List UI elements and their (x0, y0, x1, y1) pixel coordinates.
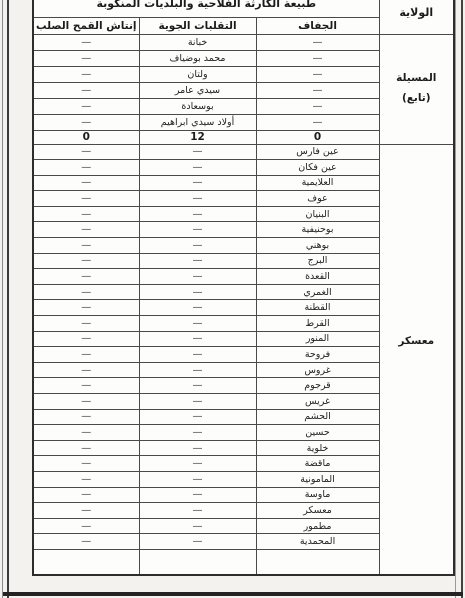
dash-cell: — (33, 362, 139, 378)
empty-cell (33, 549, 139, 575)
total-cell: 12 (139, 130, 256, 144)
wilaya-name: المسيلة (382, 69, 452, 89)
commune-name-cell: خبانة (139, 34, 256, 50)
dash-cell: — (33, 503, 139, 519)
commune-name-cell: المحمدية (256, 534, 379, 550)
commune-name-cell: عوف (256, 191, 379, 207)
total-cell: 0 (33, 130, 139, 144)
table-title: طبيعة الكارثة الفلاحية والبلديات المنكوب… (33, 0, 379, 17)
dash-cell: — (33, 269, 139, 285)
commune-name-cell: خلوية (256, 440, 379, 456)
empty-cell (139, 549, 256, 575)
commune-name-cell: القعدة (256, 269, 379, 285)
dash-cell: — (33, 471, 139, 487)
dash-cell: — (139, 222, 256, 238)
commune-name-cell: ولتان (139, 66, 256, 82)
commune-name-cell: الحشم (256, 409, 379, 425)
table-row: المسيلة(تابع)—خبانة— (33, 34, 454, 50)
disaster-communes-table: الولاية طبيعة الكارثة الفلاحية والبلديات… (32, 0, 455, 576)
commune-name-cell: البرج (256, 253, 379, 269)
commune-name-cell: القطنة (256, 300, 379, 316)
dash-cell: — (139, 471, 256, 487)
dash-cell: — (139, 144, 256, 160)
dash-cell: — (139, 300, 256, 316)
commune-name-cell: قرجوم (256, 378, 379, 394)
dash-cell: — (139, 394, 256, 410)
commune-name-cell: مطمور (256, 518, 379, 534)
col-header-weather-fluctuations: التقلبات الجوية (139, 17, 256, 34)
dash-cell: — (33, 518, 139, 534)
dash-cell: — (33, 238, 139, 254)
dash-cell: — (139, 191, 256, 207)
dash-cell: — (33, 66, 139, 82)
dash-cell: — (256, 50, 379, 66)
commune-name-cell: بوسعادة (139, 98, 256, 114)
dash-cell: — (33, 316, 139, 332)
dash-cell: — (139, 425, 256, 441)
table-row: معسكرعين فارس—— (33, 144, 454, 160)
dash-cell: — (139, 238, 256, 254)
dash-cell: — (33, 331, 139, 347)
dash-cell: — (33, 425, 139, 441)
dash-cell: — (256, 114, 379, 130)
commune-name-cell: ماقضة (256, 456, 379, 472)
dash-cell: — (33, 378, 139, 394)
commune-name-cell: القرط (256, 316, 379, 332)
dash-cell: — (33, 82, 139, 98)
commune-name-cell: محمد بوضياف (139, 50, 256, 66)
dash-cell: — (139, 206, 256, 222)
total-cell: 0 (256, 130, 379, 144)
dash-cell: — (33, 300, 139, 316)
col-header-wheat-germination: إنتاش القمح الصلب واللين (33, 17, 139, 34)
commune-name-cell: العلايمية (256, 175, 379, 191)
dash-cell: — (33, 175, 139, 191)
commune-name-cell: بوحنيفية (256, 222, 379, 238)
page-edge-line (3, 592, 463, 596)
dash-cell: — (256, 34, 379, 50)
dash-cell: — (139, 362, 256, 378)
wilaya-note: (تابع) (382, 89, 452, 109)
dash-cell: — (33, 160, 139, 176)
dash-cell: — (139, 534, 256, 550)
wilaya-cell: معسكر (379, 144, 454, 575)
dash-cell: — (139, 487, 256, 503)
commune-name-cell: الغمري (256, 284, 379, 300)
table-body: المسيلة(تابع)—خبانة——محمد بوضياف——ولتان—… (33, 34, 454, 575)
dash-cell: — (139, 284, 256, 300)
dash-cell: — (139, 456, 256, 472)
dash-cell: — (256, 98, 379, 114)
page-edge-line (7, 0, 9, 598)
page-edge-line (455, 0, 456, 598)
dash-cell: — (139, 269, 256, 285)
commune-name-cell: غروس (256, 362, 379, 378)
commune-name-cell: حسين (256, 425, 379, 441)
dash-cell: — (139, 160, 256, 176)
commune-name-cell: سيدي عامر (139, 82, 256, 98)
dash-cell: — (139, 440, 256, 456)
commune-name-cell: المنور (256, 331, 379, 347)
table-header: الولاية طبيعة الكارثة الفلاحية والبلديات… (33, 0, 454, 34)
dash-cell: — (139, 175, 256, 191)
commune-name-cell: ماوسة (256, 487, 379, 503)
commune-name-cell: بوهني (256, 238, 379, 254)
dash-cell: — (139, 331, 256, 347)
commune-name-cell: المامونية (256, 471, 379, 487)
dash-cell: — (139, 409, 256, 425)
wilaya-name: معسكر (382, 332, 452, 352)
wilaya-column-header: الولاية (379, 0, 454, 34)
page-edge-line (2, 0, 3, 598)
dash-cell: — (33, 456, 139, 472)
commune-name-cell: البنيان (256, 206, 379, 222)
col-header-drought: الجفاف (256, 17, 379, 34)
commune-name-cell: معسكر (256, 503, 379, 519)
dash-cell: — (33, 98, 139, 114)
dash-cell: — (139, 253, 256, 269)
dash-cell: — (139, 378, 256, 394)
dash-cell: — (33, 409, 139, 425)
commune-name-cell: أولاد سيدي ابراهيم (139, 114, 256, 130)
dash-cell: — (33, 34, 139, 50)
dash-cell: — (33, 144, 139, 160)
dash-cell: — (139, 316, 256, 332)
dash-cell: — (33, 284, 139, 300)
header-row-title: الولاية طبيعة الكارثة الفلاحية والبلديات… (33, 0, 454, 17)
dash-cell: — (33, 222, 139, 238)
dash-cell: — (33, 191, 139, 207)
dash-cell: — (139, 503, 256, 519)
commune-name-cell: عين فكان (256, 160, 379, 176)
dash-cell: — (33, 206, 139, 222)
dash-cell: — (33, 347, 139, 363)
dash-cell: — (33, 394, 139, 410)
commune-name-cell: غريس (256, 394, 379, 410)
dash-cell: — (33, 534, 139, 550)
empty-cell (256, 549, 379, 575)
dash-cell: — (139, 518, 256, 534)
dash-cell: — (33, 50, 139, 66)
dash-cell: — (256, 66, 379, 82)
commune-name-cell: فروحة (256, 347, 379, 363)
dash-cell: — (33, 487, 139, 503)
commune-name-cell: عين فارس (256, 144, 379, 160)
dash-cell: — (33, 253, 139, 269)
dash-cell: — (256, 82, 379, 98)
dash-cell: — (33, 440, 139, 456)
page-edge-line (461, 0, 463, 598)
dash-cell: — (33, 114, 139, 130)
wilaya-cell: المسيلة(تابع) (379, 34, 454, 144)
dash-cell: — (139, 347, 256, 363)
scanned-page: الولاية طبيعة الكارثة الفلاحية والبلديات… (0, 0, 465, 598)
